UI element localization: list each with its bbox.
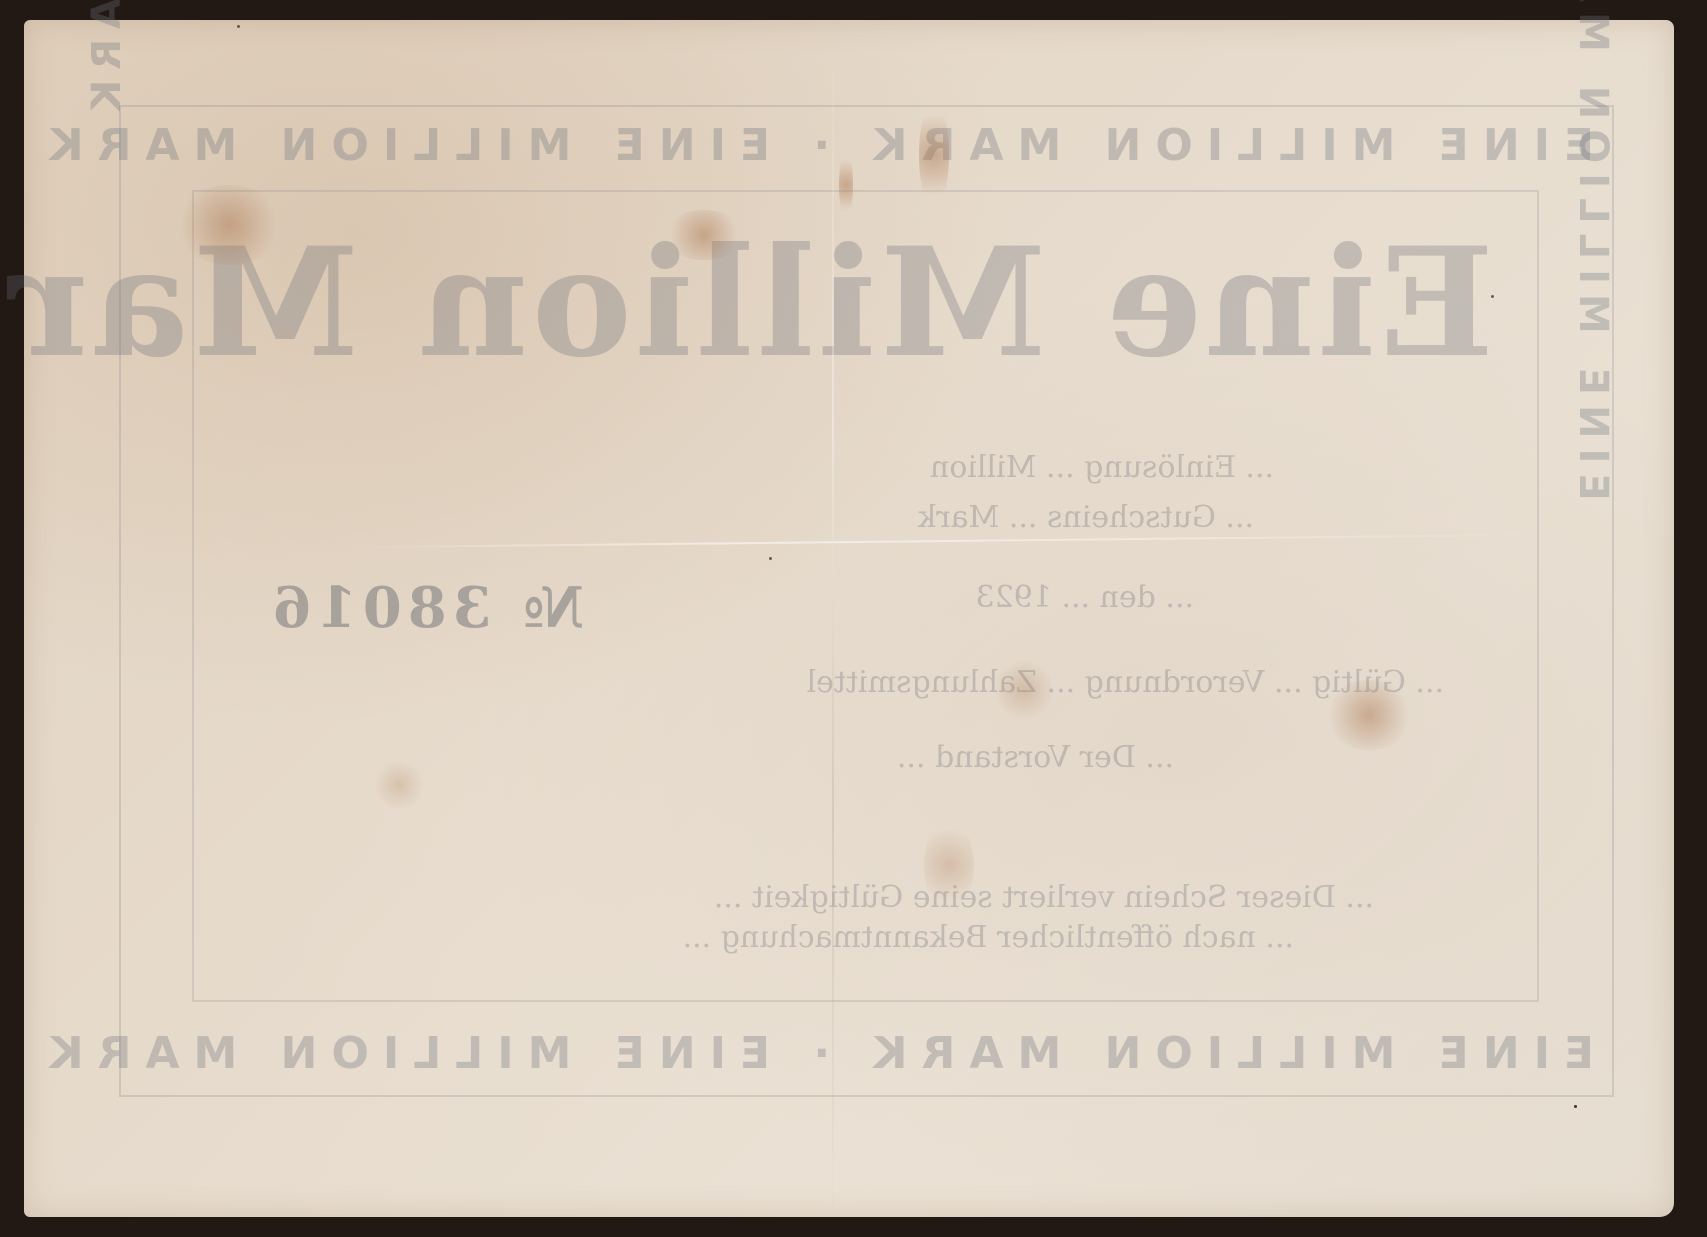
border-text-right: EINE MILLION MARK xyxy=(84,0,130,200)
ink-speck xyxy=(237,25,240,28)
text-line: ... Gutscheins ... Mark xyxy=(918,500,1254,535)
serial-number: № 38016 xyxy=(267,575,584,641)
denomination-title: Eine Million Mark xyxy=(224,215,1494,391)
foxing-stain xyxy=(174,185,284,265)
banknote-reverse: EINE MILLION MARK · EINE MILLION MARK EI… xyxy=(24,20,1674,1217)
foxing-stain xyxy=(924,820,974,910)
text-line: ... Dieser Schein verliert seine Gültigk… xyxy=(714,880,1374,915)
ink-speck xyxy=(1574,1105,1577,1108)
text-line: ... Einlösung ... Million xyxy=(930,450,1274,485)
text-line: ... Der Vorstand ... xyxy=(897,740,1174,775)
foxing-stain xyxy=(664,210,744,260)
border-text-top: EINE MILLION MARK · EINE MILLION MARK xyxy=(144,120,1594,171)
fold-crease-vertical xyxy=(832,20,834,1217)
rust-streak xyxy=(919,100,949,210)
rust-streak xyxy=(839,150,853,220)
ink-speck xyxy=(1491,295,1494,298)
border-text-bottom: EINE MILLION MARK · EINE MILLION MARK xyxy=(144,1028,1594,1079)
foxing-stain xyxy=(1324,680,1414,750)
text-line: ... den ... 1923 xyxy=(976,580,1194,615)
foxing-stain xyxy=(374,760,424,810)
border-text-left: EINE MILLION MARK xyxy=(1570,0,1616,580)
text-line: ... nach öffentlicher Bekanntmachung ... xyxy=(683,920,1294,955)
ink-speck xyxy=(769,557,772,560)
foxing-stain xyxy=(994,660,1054,720)
